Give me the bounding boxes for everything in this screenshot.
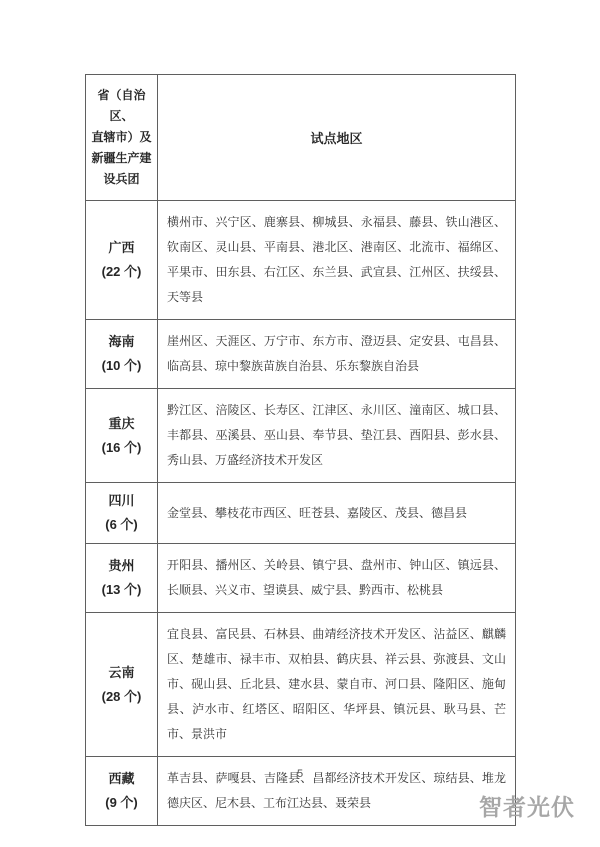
header-province-column: 省（自治区、 直辖市）及 新疆生产建 设兵团	[86, 75, 158, 201]
document-page: 省（自治区、 直辖市）及 新疆生产建 设兵团 试点地区 广西 (22 个)横州市…	[0, 0, 600, 847]
regions-cell: 金堂县、攀枝花市西区、旺苍县、嘉陵区、茂县、德昌县	[158, 483, 516, 544]
table-header: 省（自治区、 直辖市）及 新疆生产建 设兵团 试点地区	[86, 75, 516, 201]
table-row: 四川 (6 个)金堂县、攀枝花市西区、旺苍县、嘉陵区、茂县、德昌县	[86, 483, 516, 544]
watermark-logo: 智者光伏	[479, 789, 575, 822]
regions-cell: 崖州区、天涯区、万宁市、东方市、澄迈县、定安县、屯昌县、临高县、琼中黎族苗族自治…	[158, 320, 516, 389]
header-row: 省（自治区、 直辖市）及 新疆生产建 设兵团 试点地区	[86, 75, 516, 201]
regions-cell: 开阳县、播州区、关岭县、镇宁县、盘州市、钟山区、镇远县、长顺县、兴义市、望谟县、…	[158, 544, 516, 613]
province-cell: 广西 (22 个)	[86, 201, 158, 320]
regions-cell: 革吉县、萨嘎县、吉隆县、昌都经济技术开发区、琼结县、堆龙德庆区、尼木县、工布江达…	[158, 757, 516, 826]
table-row: 贵州 (13 个)开阳县、播州区、关岭县、镇宁县、盘州市、钟山区、镇远县、长顺县…	[86, 544, 516, 613]
province-cell: 贵州 (13 个)	[86, 544, 158, 613]
province-cell: 西藏 (9 个)	[86, 757, 158, 826]
table-row: 海南 (10 个)崖州区、天涯区、万宁市、东方市、澄迈县、定安县、屯昌县、临高县…	[86, 320, 516, 389]
province-cell: 云南 (28 个)	[86, 613, 158, 757]
regions-cell: 横州市、兴宁区、鹿寨县、柳城县、永福县、藤县、铁山港区、钦南区、灵山县、平南县、…	[158, 201, 516, 320]
page-number: 5	[0, 768, 600, 780]
regions-cell: 宜良县、富民县、石林县、曲靖经济技术开发区、沾益区、麒麟区、楚雄市、禄丰市、双柏…	[158, 613, 516, 757]
province-cell: 海南 (10 个)	[86, 320, 158, 389]
pilot-areas-table: 省（自治区、 直辖市）及 新疆生产建 设兵团 试点地区 广西 (22 个)横州市…	[85, 74, 516, 826]
header-regions-column: 试点地区	[158, 75, 516, 201]
pilot-table-body: 广西 (22 个)横州市、兴宁区、鹿寨县、柳城县、永福县、藤县、铁山港区、钦南区…	[86, 201, 516, 826]
province-cell: 四川 (6 个)	[86, 483, 158, 544]
table-row: 重庆 (16 个)黔江区、涪陵区、长寿区、江津区、永川区、潼南区、城口县、丰都县…	[86, 389, 516, 483]
table-row: 广西 (22 个)横州市、兴宁区、鹿寨县、柳城县、永福县、藤县、铁山港区、钦南区…	[86, 201, 516, 320]
table-row: 西藏 (9 个)革吉县、萨嘎县、吉隆县、昌都经济技术开发区、琼结县、堆龙德庆区、…	[86, 757, 516, 826]
regions-cell: 黔江区、涪陵区、长寿区、江津区、永川区、潼南区、城口县、丰都县、巫溪县、巫山县、…	[158, 389, 516, 483]
province-cell: 重庆 (16 个)	[86, 389, 158, 483]
table-row: 云南 (28 个)宜良县、富民县、石林县、曲靖经济技术开发区、沾益区、麒麟区、楚…	[86, 613, 516, 757]
